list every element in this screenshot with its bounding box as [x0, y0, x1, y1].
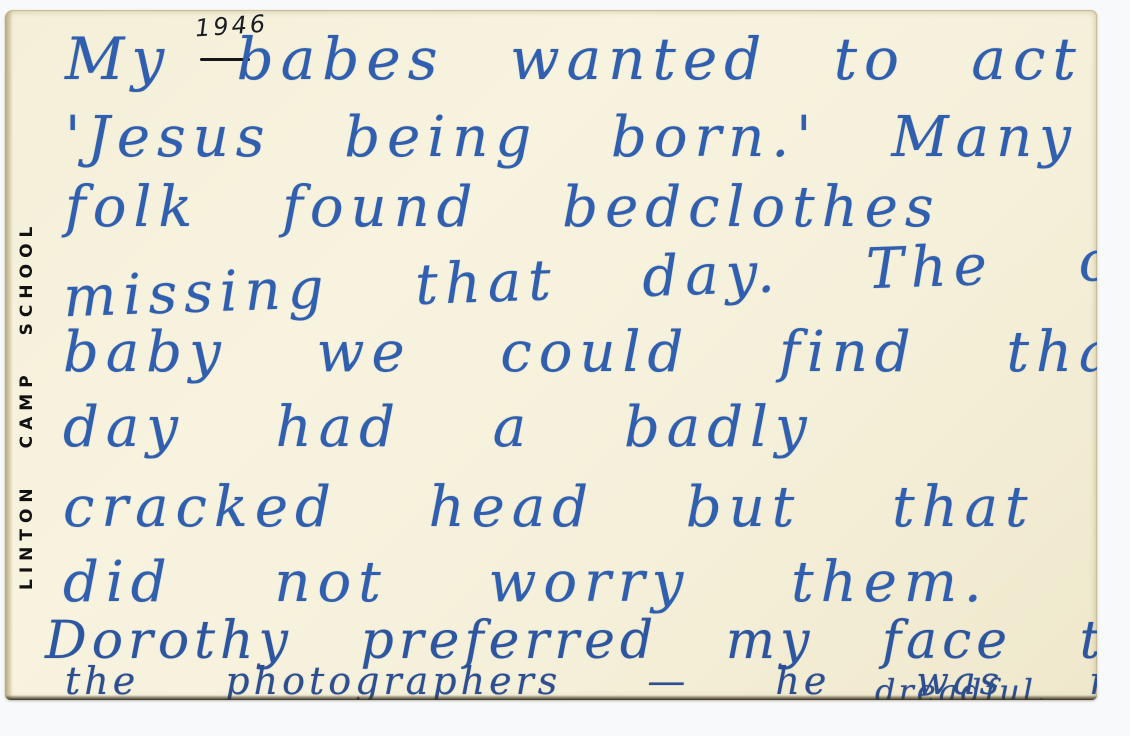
- handwritten-line-8: did not worry them.: [63, 555, 989, 611]
- side-label-word: CAMP: [17, 369, 37, 448]
- handwritten-line-3: folk found bedclothes: [65, 180, 941, 236]
- side-label-word: SCHOOL: [17, 221, 37, 336]
- postcard: 1946 LINTONCAMPSCHOOL My babes wanted to…: [5, 10, 1097, 700]
- handwritten-line-2: 'Jesus being born.' Many: [65, 110, 1078, 166]
- handwritten-line-5: baby we could find that: [63, 325, 1097, 381]
- handwritten-line-6: day had a badly: [63, 400, 814, 456]
- handwritten-line-7: cracked head but that: [63, 480, 1035, 536]
- side-label-word: LINTON: [17, 482, 37, 590]
- side-label-linton-camp-school: LINTONCAMPSCHOOL: [17, 90, 37, 590]
- handwritten-line-1: My babes wanted to act: [65, 30, 1083, 88]
- handwritten-line-11: dreadful.: [875, 675, 1049, 700]
- scanned-page: 1946 LINTONCAMPSCHOOL My babes wanted to…: [0, 0, 1130, 736]
- handwritten-line-4: missing that day. The only: [62, 230, 1097, 327]
